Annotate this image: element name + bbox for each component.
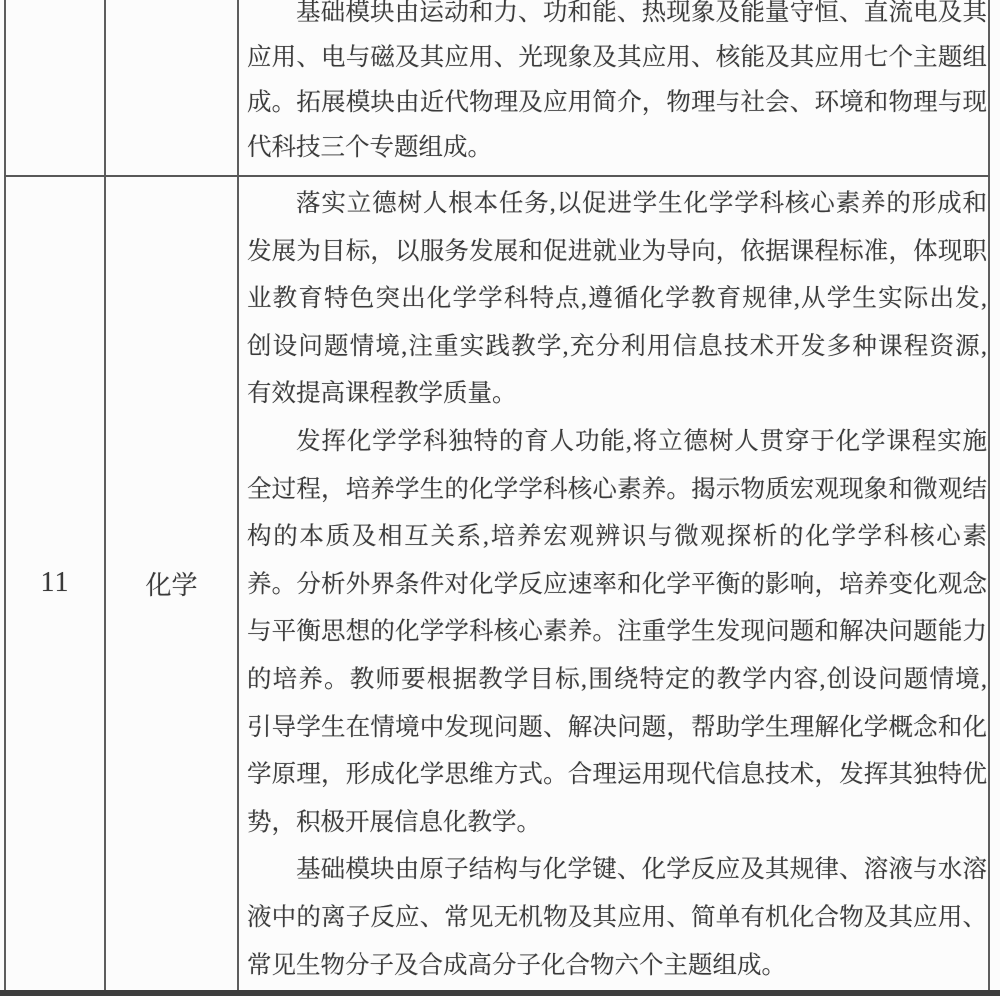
text-line: 引导学生在情境中发现问题、解决问题，帮助学生理解化学概念和化 bbox=[247, 704, 987, 752]
text-line: 发展为目标，以服务发展和促进就业为导向，依据课程标准，体现职 bbox=[247, 228, 987, 276]
text-line: 基础模块由运动和力、功和能、热现象及能量守恒、直流电及其 bbox=[247, 0, 987, 35]
text-line: 创设问题情境,注重实践教学,充分利用信息技术开发多种课程资源, bbox=[247, 323, 987, 371]
text-line: 业教育特色突出化学学科特点,遵循化学教育规律,从学生实际出发, bbox=[247, 275, 987, 323]
text-line: 有效提高课程教学质量。 bbox=[247, 370, 987, 418]
text-line: 常见生物分子及合成高分子化合物六个主题组成。 bbox=[247, 942, 987, 990]
text-line: 学原理，形成化学思维方式。合理运用现代信息技术，发挥其独特优 bbox=[247, 751, 987, 799]
text-line: 养。分析外界条件对化学反应速率和化学平衡的影响，培养变化观念 bbox=[247, 561, 987, 609]
document-page: 基础模块由运动和力、功和能、热现象及能量守恒、直流电及其应用、电与磁及其应用、光… bbox=[0, 0, 1000, 1000]
text-line: 基础模块由原子结构与化学键、化学反应及其规律、溶液与水溶 bbox=[247, 846, 987, 894]
text-line: 落实立德树人根本任务,以促进学生化学学科核心素养的形成和 bbox=[247, 180, 987, 228]
row-number-cell: 11 bbox=[6, 177, 104, 989]
text-line: 的培养。教师要根据教学目标,围绕特定的教学内容,创设问题情境, bbox=[247, 656, 987, 704]
text-line: 应用、电与磁及其应用、光现象及其应用、核能及其应用七个主题组 bbox=[247, 35, 987, 80]
text-line: 势，积极开展信息化教学。 bbox=[247, 799, 987, 847]
table-border-col2-col3 bbox=[237, 0, 239, 992]
subject-name-cell: 化学 bbox=[106, 177, 237, 989]
subject-description-text: 落实立德树人根本任务,以促进学生化学学科核心素养的形成和发展为目标，以服务发展和… bbox=[247, 180, 987, 989]
text-line: 液中的离子反应、常见无机物及其应用、简单有机化合物及其应用、 bbox=[247, 894, 987, 942]
table-border-right bbox=[988, 0, 990, 992]
text-line: 发挥化学学科独特的育人功能,将立德树人贯穿于化学课程实施 bbox=[247, 418, 987, 466]
text-line: 构的本质及相互关系,培养宏观辨识与微观探析的化学学科核心素 bbox=[247, 513, 987, 561]
prev-row-description-text: 基础模块由运动和力、功和能、热现象及能量守恒、直流电及其应用、电与磁及其应用、光… bbox=[247, 0, 987, 170]
text-line: 代科技三个专题组成。 bbox=[247, 125, 987, 170]
text-line: 全过程，培养学生的化学学科核心素养。揭示物质宏观现象和微观结 bbox=[247, 466, 987, 514]
text-line: 成。拓展模块由近代物理及应用简介，物理与社会、环境和物理与现 bbox=[247, 80, 987, 125]
table-bottom-border bbox=[0, 990, 1000, 996]
text-line: 与平衡思想的化学学科核心素养。注重学生发现问题和解决问题能力 bbox=[247, 608, 987, 656]
